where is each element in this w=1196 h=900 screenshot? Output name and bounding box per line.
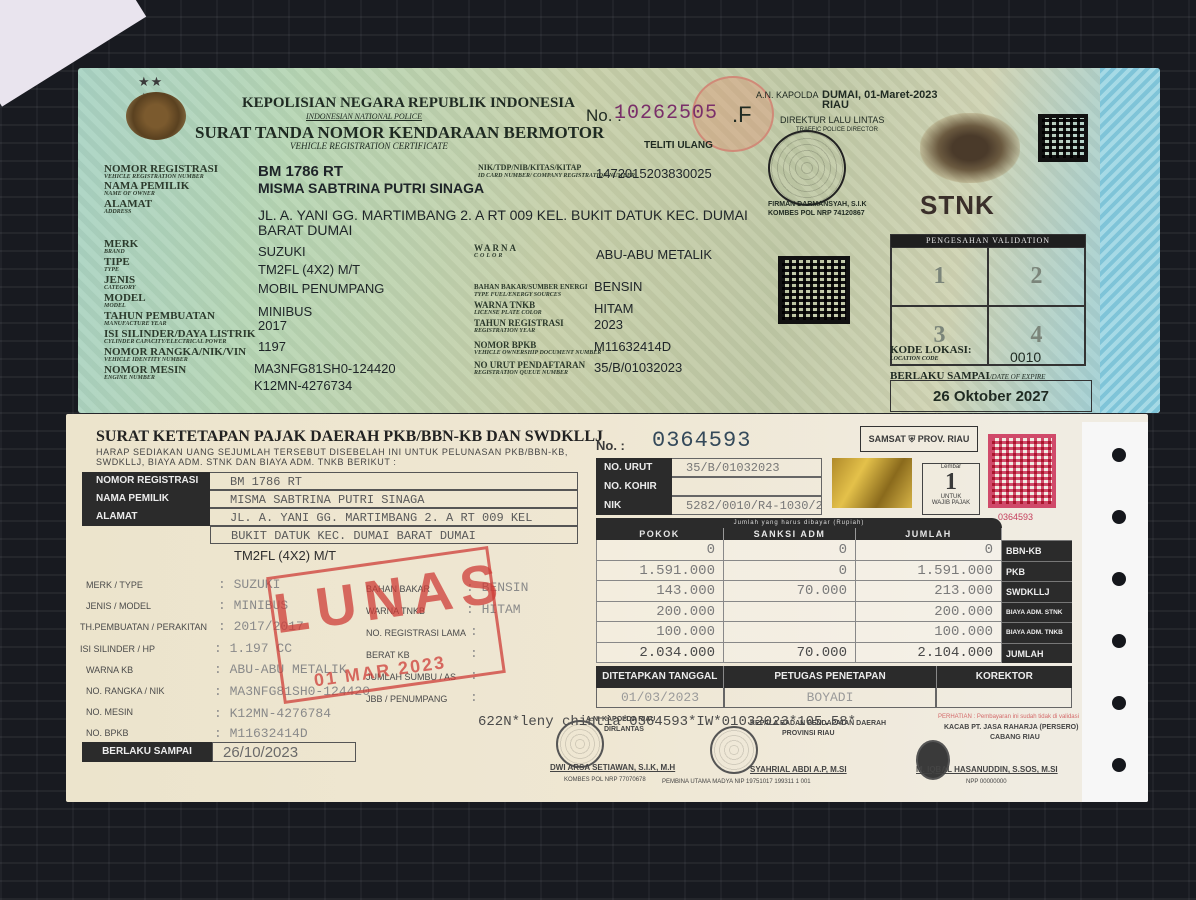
spec-label: JENIS / MODEL — [86, 601, 151, 611]
spec-label: WARNA KB — [86, 665, 133, 675]
value-alamat-line1: JL. A. YANI GG. MARTIMBANG 2. A RT 009 K… — [210, 508, 578, 526]
spec-label: TH.PEMBUATAN / PERAKITAN — [80, 622, 207, 632]
value-nomor-registrasi: BM 1786 RT — [258, 163, 343, 180]
header-ditetapkan: DITETAPKAN TANGGAL — [596, 666, 723, 688]
label-nomor-registrasi: NOMOR REGISTRASI — [82, 472, 210, 490]
label-model: MODELMODEL — [104, 293, 146, 310]
document-title: SURAT TANDA NOMOR KENDARAAN BERMOTOR — [195, 123, 604, 143]
jasa-raharja-logo-icon — [916, 740, 950, 780]
official-stamp — [768, 130, 846, 206]
spec-value: : — [470, 690, 478, 705]
punch-hole — [1112, 634, 1126, 648]
label-nama-pemilik: NAMA PEMILIK — [82, 490, 210, 508]
vehicle-type-line: TM2FL (4X2) M/T — [234, 548, 336, 563]
police-sign-rank: KOMBES POL NRP 77070678 — [564, 776, 646, 784]
value-warna-tnkb: HITAM — [594, 301, 633, 316]
jr-sign-rank: NPP 00000000 — [966, 778, 1007, 786]
label-tahun-registrasi: TAHUN REGISTRASIREGISTRATION YEAR — [474, 318, 564, 335]
identity-table: NOMOR REGISTRASIBM 1786 RT NAMA PEMILIKM… — [82, 472, 578, 544]
label-nomor-rangka: NOMOR RANGKA/NIK/VINVEHICLE IDENTITY NUM… — [104, 347, 246, 364]
qr-code-pink — [988, 434, 1056, 508]
value-bahan-bakar: BENSIN — [594, 279, 642, 294]
riau-crest-icon: ⛨ — [908, 434, 915, 444]
payment-item-label: SWDKLLJ — [1002, 581, 1072, 602]
payment-row: 1.591.00001.591.000PKB — [596, 561, 1072, 582]
stnk-hologram-badge-icon — [920, 113, 1020, 183]
jr-sign-title: KACAB PT. JASA RAHARJA (PERSERO) — [944, 724, 1078, 732]
sanksi-cell: 70.000 — [724, 643, 856, 664]
berlaku-value: 26/10/2023 — [212, 742, 356, 762]
label-isi-silinder: ISI SILINDER/DAYA LISTRIKCYLINDER CAPACI… — [104, 329, 255, 346]
validation-cell-2: 2 — [988, 247, 1085, 306]
value-model: MINIBUS — [258, 304, 312, 319]
lembar-box: Lembar 1 UNTUK WAJIB PAJAK — [922, 463, 980, 515]
label-warna-tnkb: WARNA TNKBLICENSE PLATE COLOR — [474, 300, 542, 317]
spec-label: NO. MESIN — [86, 707, 133, 717]
jumlah-cell: 1.591.000 — [856, 561, 1002, 582]
berlaku-sampai: BERLAKU SAMPAI 26/10/2023 — [82, 742, 356, 762]
assessment-headers: DITETAPKAN TANGGAL PETUGAS PENETAPAN KOR… — [596, 666, 1072, 688]
jumlah-cell: 200.000 — [856, 602, 1002, 623]
payment-item-label: JUMLAH — [1002, 643, 1072, 664]
validation-title: PENGESAHAN VALIDATION — [891, 235, 1085, 247]
gold-hologram-sticker — [832, 458, 912, 508]
security-stripe — [1100, 68, 1160, 413]
label-no-urut: NO URUT PENDAFTARANREGISTRATION QUEUE NU… — [474, 360, 585, 377]
label-no-urut: NO. URUT — [596, 458, 672, 477]
sanksi-cell — [724, 622, 856, 643]
samsat-logo: SAMSAT ⛨ PROV. RIAU — [860, 426, 978, 452]
payment-row: 200.000200.000BIAYA ADM. STNK — [596, 602, 1072, 623]
pokok-cell: 0 — [596, 540, 724, 561]
payment-row: 143.00070.000213.000SWDKLLJ — [596, 581, 1072, 602]
qr-code — [778, 256, 850, 324]
serial-suffix: .F — [732, 102, 752, 128]
payment-item-label: BIAYA ADM. TNKB — [1002, 622, 1072, 643]
issuer-on-behalf: A.N. KAPOLDA — [756, 90, 819, 100]
sanksi-cell — [724, 602, 856, 623]
payment-caption: Jumlah yang harus dibayar (Rupiah) — [596, 518, 1002, 528]
label-nomor-registrasi: NOMOR REGISTRASIVEHICLE REGISTRATION NUM… — [104, 164, 218, 181]
label-merk: MERKBRAND — [104, 239, 138, 256]
value-nomor-mesin: K12MN-4276734 — [254, 378, 352, 393]
slip-note: HARAP SEDIAKAN UANG SEJUMLAH TERSEBUT DI… — [96, 447, 586, 467]
col-pokok: POKOK — [596, 528, 724, 540]
label-alamat-cont — [82, 526, 210, 544]
value-alamat-line2: BUKIT DATUK KEC. DUMAI BARAT DUMAI — [210, 526, 578, 544]
value-nik: 5282/0010/R4-1030/2023/20 — [672, 496, 822, 515]
pokok-cell: 200.000 — [596, 602, 724, 623]
pokok-cell: 100.000 — [596, 622, 724, 643]
label-nomor-mesin: NOMOR MESINENGINE NUMBER — [104, 365, 186, 382]
value-warna: ABU-ABU METALIK — [596, 247, 712, 262]
spec-label: MERK / TYPE — [86, 580, 143, 590]
label-nomor-bpkb: NOMOR BPKBVEHICLE OWNERSHIP DOCUMENT NUM… — [474, 340, 601, 357]
col-jumlah: JUMLAH — [856, 528, 1002, 540]
jr-sign-name: M. IQBAL HASANUDDIN, S.SOS, M.SI — [916, 766, 1058, 774]
punch-hole — [1112, 758, 1126, 772]
value-merk: SUZUKI — [258, 244, 306, 259]
label-nik: NIK — [596, 496, 672, 515]
slip-no-value: 0364593 — [652, 428, 751, 453]
serial-number: 10262505 — [614, 102, 718, 125]
institution-title: KEPOLISIAN NEGARA REPUBLIK INDONESIA — [242, 95, 575, 112]
police-sign-title: A.N. KAPOLDA RIAU — [586, 716, 655, 724]
bapenda-sign-rank: PEMBINA UTAMA MADYA NIP 19751017 199311 … — [662, 778, 811, 786]
payment-row: 2.034.00070.0002.104.000JUMLAH — [596, 643, 1072, 664]
label-nama-pemilik: NAMA PEMILIKNAME OF OWNER — [104, 181, 189, 198]
spec-label: NO. RANGKA / NIK — [86, 686, 165, 696]
header-korektor: KOREKTOR — [936, 666, 1072, 688]
value-nik: 1472015203830025 — [596, 166, 712, 181]
police-emblem-icon — [126, 92, 186, 140]
issuer-place-date: DUMAI, 01-Maret-2023RIAU — [822, 90, 938, 110]
label-warna: WARNACOLOR — [474, 243, 518, 260]
jumlah-cell: 2.104.000 — [856, 643, 1002, 664]
value-no-urut: 35/B/01032023 — [672, 458, 822, 477]
value-alamat-line2: BARAT DUMAI — [258, 222, 352, 238]
police-seal-icon — [556, 720, 604, 768]
pokok-cell: 1.591.000 — [596, 561, 724, 582]
punch-hole — [1112, 510, 1126, 524]
value-tahun-pembuatan: 2017 — [258, 318, 287, 333]
value-nomor-bpkb: M11632414D — [594, 339, 671, 354]
value-jenis: MOBIL PENUMPANG — [258, 281, 384, 296]
label-bahan-bakar: BAHAN BAKAR/SUMBER ENERGITYPE FUEL/ENERG… — [474, 282, 588, 299]
payment-row: 000BBN-KB — [596, 540, 1072, 561]
police-sign-name: DWI ARSA SETIAWAN, S.I.K, M.H — [550, 764, 675, 772]
qr-code-small — [1038, 114, 1088, 162]
label-tahun-pembuatan: TAHUN PEMBUATANMANUFACTURE YEAR — [104, 311, 215, 328]
payment-item-label: BBN-KB — [1002, 540, 1072, 561]
berlaku-label: BERLAKU SAMPAI — [82, 742, 212, 762]
label-no-kohir: NO. KOHIR — [596, 477, 672, 496]
label-tipe: TIPETYPE — [104, 257, 130, 274]
label-alamat: ALAMATADDRESS — [104, 199, 152, 216]
value-nomor-rangka: MA3NFG81SH0-124420 — [254, 361, 396, 376]
value-isi-silinder: 1197 — [258, 339, 286, 354]
payment-item-label: PKB — [1002, 561, 1072, 582]
value-no-kohir — [672, 477, 822, 496]
sanksi-cell: 0 — [724, 540, 856, 561]
document-title-en: VEHICLE REGISTRATION CERTIFICATE — [290, 141, 448, 151]
value-tahun-registrasi: 2023 — [594, 317, 623, 332]
payment-table: Jumlah yang harus dibayar (Rupiah) POKOK… — [596, 518, 1072, 663]
tax-assessment-slip: SURAT KETETAPAN PAJAK DAERAH PKB/BBN-KB … — [66, 414, 1148, 802]
header-petugas: PETUGAS PENETAPAN — [723, 666, 935, 688]
police-sign-subtitle: DIRLANTAS — [604, 726, 644, 734]
spec-value: : M11632414D — [214, 726, 308, 741]
value-petugas: BOYADI — [724, 688, 936, 708]
bapenda-sign-subtitle: PROVINSI RIAU — [782, 730, 835, 738]
spec-value: : K12MN-4276784 — [214, 706, 331, 721]
jumlah-cell: 213.000 — [856, 581, 1002, 602]
jumlah-cell: 100.000 — [856, 622, 1002, 643]
payment-item-label: BIAYA ADM. STNK — [1002, 602, 1072, 623]
value-korektor — [936, 688, 1072, 708]
slip-title: SURAT KETETAPAN PAJAK DAERAH PKB/BBN-KB … — [96, 428, 603, 446]
value-tipe: TM2FL (4X2) M/T — [258, 262, 360, 277]
issuer-position-en: TRAFFIC POLICE DIRECTOR — [796, 125, 878, 135]
kode-lokasi-value: 0010 — [1010, 349, 1041, 365]
expire-date: 26 Oktober 2027 — [890, 380, 1092, 412]
sanksi-cell: 0 — [724, 561, 856, 582]
col-sanksi: SANKSI ADM — [724, 528, 856, 540]
jumlah-cell: 0 — [856, 540, 1002, 561]
punch-hole — [1112, 448, 1126, 462]
spec-label: NO. BPKB — [86, 728, 129, 738]
spec-label: JBB / PENUMPANG — [366, 694, 447, 704]
value-no-urut: 35/B/01032023 — [594, 360, 682, 375]
issuer-position: DIREKTUR LALU LINTAS — [780, 115, 884, 125]
perforated-edge — [1082, 422, 1148, 802]
urut-table: NO. URUT35/B/01032023 NO. KOHIR NIK5282/… — [596, 458, 822, 515]
label-alamat: ALAMAT — [82, 508, 210, 526]
jr-sign-subtitle: CABANG RIAU — [990, 734, 1040, 742]
validation-cell-1: 1 — [891, 247, 988, 306]
value-nomor-registrasi: BM 1786 RT — [210, 472, 578, 490]
value-ditetapkan: 01/03/2023 — [596, 688, 724, 708]
payment-row: 100.000100.000BIAYA ADM. TNKB — [596, 622, 1072, 643]
pokok-cell: 2.034.000 — [596, 643, 724, 664]
value-nama-pemilik: MISMA SABTRINA PUTRI SINAGA — [258, 180, 484, 196]
teliti-ulang: TELITI ULANG — [644, 140, 713, 151]
value-alamat-line1: JL. A. YANI GG. MARTIMBANG 2. A RT 009 K… — [258, 207, 748, 223]
institution-title-en: INDONESIAN NATIONAL POLICE — [306, 112, 422, 121]
sanksi-cell: 70.000 — [724, 581, 856, 602]
assessment-values: 01/03/2023 BOYADI — [596, 688, 1072, 708]
label-jenis: JENISCATEGORY — [104, 275, 136, 292]
value-nama-pemilik: MISMA SABTRINA PUTRI SINAGA — [210, 490, 578, 508]
punch-hole — [1112, 572, 1126, 586]
issuer-rank: KOMBES POL NRP 74120867 — [768, 209, 865, 219]
spec-label: ISI SILINDER / HP — [80, 644, 155, 654]
bapenda-sign-name: SYAHRIAL ABDI A.P, M.SI — [750, 766, 847, 774]
stnk-card: ★★★ KEPOLISIAN NEGARA REPUBLIK INDONESIA… — [78, 68, 1160, 413]
slip-no-label: No. : — [596, 438, 625, 453]
punch-hole — [1112, 696, 1126, 710]
pokok-cell: 143.000 — [596, 581, 724, 602]
bapenda-sign-title: KEPALA BADAN PENDAPATAN DAERAH — [750, 720, 886, 728]
kode-lokasi-label: KODE LOKASI:LOCATION CODE — [890, 346, 972, 364]
warning-text: PERHATIAN : Pembayaran ini sudah tidak d… — [938, 714, 1079, 720]
stnk-badge-text: STNK — [920, 190, 995, 221]
